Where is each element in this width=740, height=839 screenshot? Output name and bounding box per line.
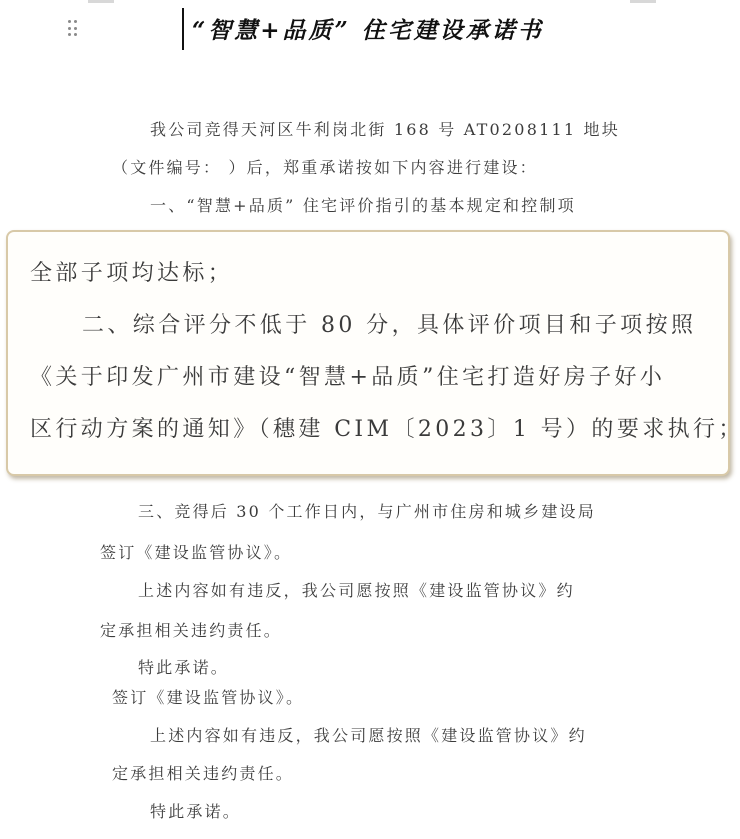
intro-line-1: 我公司竞得天河区牛利岗北街 168 号 AT0208111 地块 <box>150 117 620 140</box>
repeat-line-2: 上述内容如有违反，我公司愿按照《建设监管协议》约 <box>150 723 587 746</box>
body-line-1: 三、竞得后 30 个工作日内，与广州市住房和城乡建设局 <box>138 499 596 522</box>
intro-line-3: 一、“智慧+品质” 住宅评价指引的基本规定和控制项 <box>150 193 576 216</box>
document-title: “智慧+品质” 住宅建设承诺书 <box>192 12 544 45</box>
repeat-line-3: 定承担相关违约责任。 <box>112 761 294 784</box>
repeat-line-4: 特此承诺。 <box>150 799 241 822</box>
callout-line-2: 二、综合评分不低于 80 分，具体评价项目和子项按照 <box>82 308 696 339</box>
body-line-4: 定承担相关违约责任。 <box>100 618 282 641</box>
top-ruler-mark-left <box>88 0 114 3</box>
repeat-line-1: 签订《建设监管协议》。 <box>112 685 304 708</box>
body-line-5: 特此承诺。 <box>138 655 229 678</box>
drag-handle-icon[interactable] <box>68 20 78 38</box>
body-line-3: 上述内容如有违反，我公司愿按照《建设监管协议》约 <box>138 578 575 601</box>
top-ruler-mark-right <box>630 0 656 3</box>
callout-line-1: 全部子项均达标； <box>30 256 233 287</box>
callout-line-4: 区行动方案的通知》（穗建 CIM〔2023〕1 号）的要求执行； <box>30 412 740 443</box>
callout-line-3: 《关于印发广州市建设“智慧+品质”住宅打造好房子好小 <box>30 360 665 391</box>
zoomed-callout-box: 全部子项均达标； 二、综合评分不低于 80 分，具体评价项目和子项按照 《关于印… <box>6 230 730 476</box>
text-cursor <box>182 8 184 50</box>
body-line-2: 签订《建设监管协议》。 <box>100 540 292 563</box>
intro-line-2: （文件编号： ）后，郑重承诺按如下内容进行建设： <box>112 155 538 178</box>
